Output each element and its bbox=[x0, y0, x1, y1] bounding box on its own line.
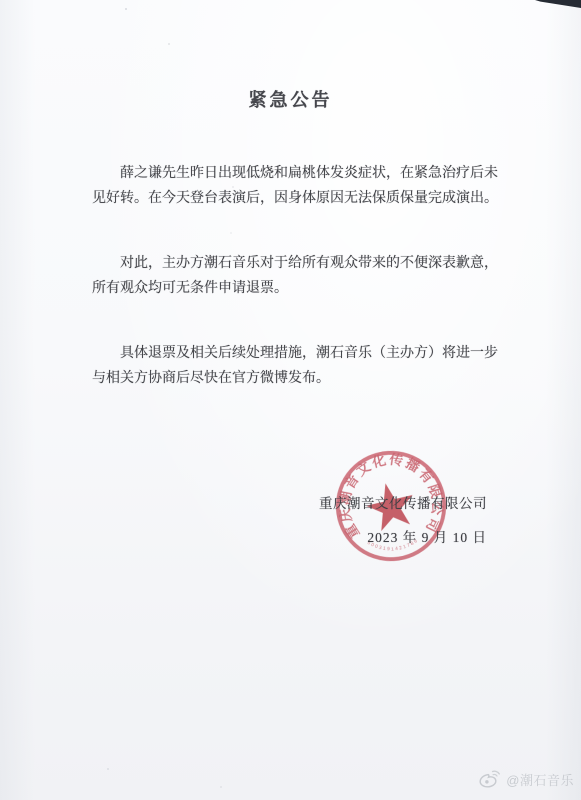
weibo-watermark: @潮石音乐 bbox=[478, 769, 574, 789]
watermark-text: @潮石音乐 bbox=[506, 770, 574, 789]
weibo-icon bbox=[478, 769, 502, 789]
paragraph-3: 具体退票及相关后续处理措施，潮石音乐（主办方）将进一步与相关方协商后尽快在官方微… bbox=[92, 341, 498, 391]
photo-corner-background bbox=[535, 0, 581, 8]
signature-company: 重庆潮音文化传播有限公司 bbox=[319, 492, 487, 512]
signature-date: 2023 年 9 月 10 日 bbox=[367, 526, 487, 546]
paper-specks bbox=[125, 8, 127, 10]
page-title: 紧急公告 bbox=[0, 86, 581, 112]
paragraph-1: 薛之谦先生昨日出现低烧和扁桃体发炎症状，在紧急治疗后未见好转。在今天登台表演后，… bbox=[92, 161, 498, 211]
paragraph-2: 对此，主办方潮石音乐对于给所有观众带来的不便深表歉意，所有观众均可无条件申请退票… bbox=[92, 251, 498, 301]
announcement-body: 薛之谦先生昨日出现低烧和扁桃体发炎症状，在紧急治疗后未见好转。在今天登台表演后，… bbox=[92, 161, 498, 431]
announcement-photo: 紧急公告 薛之谦先生昨日出现低烧和扁桃体发炎症状，在紧急治疗后未见好转。在今天登… bbox=[0, 0, 581, 800]
